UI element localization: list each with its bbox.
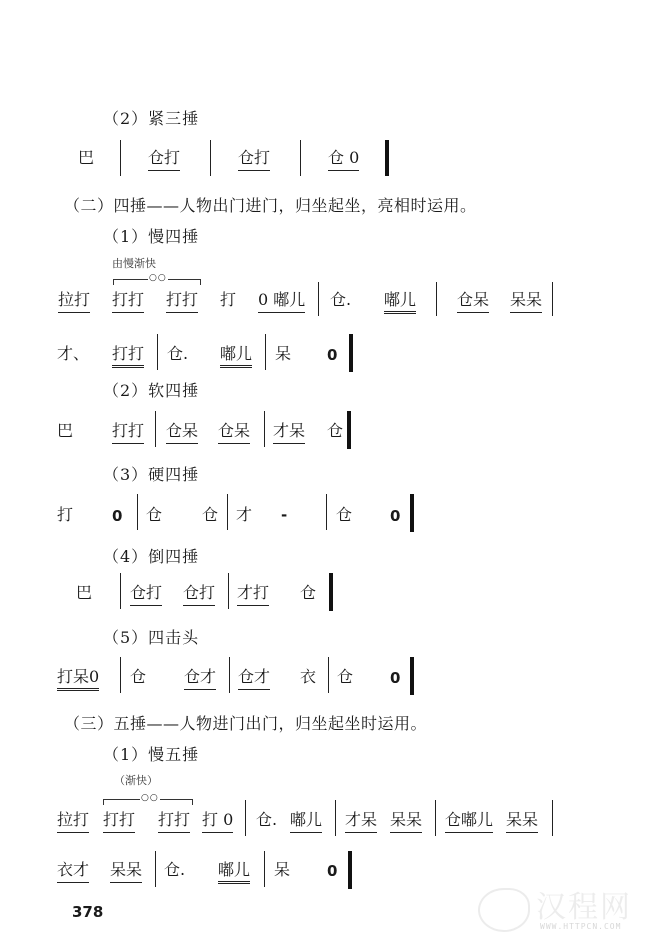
notation-token: 呆 (275, 344, 291, 364)
bar-line (155, 411, 156, 447)
notation-token: 衣 (300, 667, 316, 687)
final-double-bar (349, 334, 353, 372)
bar-line (326, 494, 327, 530)
bar-line (335, 800, 336, 836)
notation-token: 呆呆 (506, 810, 538, 833)
notation-token: 衣才 (57, 860, 89, 883)
notation-token: 打打 (112, 344, 144, 368)
section-title-si-chui: （二）四捶——人物出门进门，归坐起坐，亮相时运用。 (64, 193, 477, 216)
notation-token: 仓. (164, 860, 185, 880)
notation-token: 打 0 (202, 810, 233, 833)
notation-token: 仓 (130, 667, 146, 687)
notation-token: 嘟儿 (290, 810, 322, 833)
notation-token: 仓 0 (328, 148, 359, 171)
bar-line (435, 800, 436, 836)
notation-token: 才、 (57, 344, 89, 364)
notation-token: 拉打 (57, 810, 89, 833)
subsection-title-ruan-si-chui: （2）软四捶 (103, 378, 199, 401)
bar-line (229, 657, 230, 693)
notation-token: 仓 (300, 583, 316, 603)
notation-token: 打打 (166, 290, 198, 313)
notation-token: 0 (327, 861, 337, 881)
notation-token: 呆呆 (110, 860, 142, 883)
notation-token: 0 (390, 506, 400, 526)
notation-token: 嘟儿 (218, 860, 250, 884)
notation-token: 0 嘟儿 (258, 290, 305, 313)
notation-token: 0 (327, 345, 337, 365)
notation-token: 巴 (57, 421, 73, 441)
notation-token: 仓 (202, 505, 218, 525)
notation-token: 打呆0 (57, 667, 99, 691)
notation-token: 仓 (327, 421, 343, 441)
page-number: 378 (72, 903, 103, 921)
notation-token: 拉打 (58, 290, 90, 313)
notation-token: 才呆 (345, 810, 377, 833)
notation-token: 仓才 (238, 667, 270, 690)
bar-line (264, 411, 265, 447)
bar-line (120, 573, 121, 609)
notation-token: 呆 (274, 860, 290, 880)
notation-token: 仓呆 (457, 290, 489, 313)
bar-line (552, 282, 553, 316)
notation-token: 嘟儿 (384, 290, 416, 314)
notation-token: 巴 (78, 148, 94, 168)
bar-line (228, 573, 229, 609)
tempo-marking: （渐快） (114, 772, 158, 788)
notation-token: 打打 (112, 290, 144, 313)
notation-token: 仓. (256, 810, 277, 830)
notation-token: 巴 (76, 583, 92, 603)
notation-token: 仓才 (184, 667, 216, 690)
bar-line (120, 140, 121, 176)
final-double-bar (385, 140, 389, 176)
notation-token: 才 (236, 505, 252, 525)
bracket-dots: ○○ (148, 274, 168, 283)
notation-token: - (281, 505, 287, 525)
subsection-title-si-ji-tou: （5）四击头 (103, 625, 199, 648)
watermark-logo-icon (478, 888, 530, 932)
notation-token: 才呆 (273, 421, 305, 444)
subsection-title-man-wu-chui: （1）慢五捶 (103, 742, 199, 765)
notation-token: 0 (112, 506, 122, 526)
notation-token: 嘟儿 (220, 344, 252, 368)
final-double-bar (410, 494, 414, 532)
tempo-marking: 由慢渐快 (112, 255, 156, 271)
notation-token: 打 (57, 505, 73, 525)
bar-line (328, 657, 329, 693)
notation-token: 仓. (167, 344, 188, 364)
notation-token: 仓 (146, 505, 162, 525)
bar-line (264, 851, 265, 887)
notation-token: 仓呆 (218, 421, 250, 444)
notation-token: 才打 (237, 583, 269, 606)
bar-line (157, 334, 158, 370)
watermark-url: WWW.HTTPCN.COM (540, 922, 621, 931)
bar-line (210, 140, 211, 176)
section-title-wu-chui: （三）五捶——人物进门出门，归坐起坐时运用。 (64, 711, 427, 734)
notation-token: 呆呆 (510, 290, 542, 313)
notation-token: 打打 (103, 810, 135, 833)
watermark: 汉程网 WWW.HTTPCN.COM (478, 882, 658, 942)
notation-token: 仓 (337, 667, 353, 687)
subsection-title-ying-si-chui: （3）硬四捶 (103, 462, 199, 485)
bracket-dots: ○○ (140, 794, 160, 803)
notation-token: 仓嘟儿 (445, 810, 493, 833)
final-double-bar (347, 411, 351, 449)
bar-line (155, 851, 156, 887)
bar-line (265, 334, 266, 370)
notation-token: 打打 (158, 810, 190, 833)
notation-token: 仓打 (148, 148, 180, 171)
final-double-bar (410, 657, 414, 695)
bar-line (300, 140, 301, 176)
bar-line (552, 800, 553, 836)
notation-token: 打打 (112, 421, 144, 444)
notation-token: 仓打 (183, 583, 215, 606)
bar-line (245, 800, 246, 836)
bar-line (436, 282, 437, 316)
subsection-title-jin-san-chui: （2）紧三捶 (103, 106, 199, 129)
bar-line (227, 494, 228, 530)
notation-token: 打 (220, 290, 236, 310)
watermark-brand: 汉程网 (536, 882, 632, 926)
notation-token: 呆呆 (390, 810, 422, 833)
notation-token: 0 (390, 668, 400, 688)
final-double-bar (329, 573, 333, 611)
notation-token: 仓打 (130, 583, 162, 606)
notation-token: 仓打 (238, 148, 270, 171)
notation-token: 仓 (336, 505, 352, 525)
bar-line (120, 657, 121, 693)
bar-line (318, 282, 319, 316)
subsection-title-dao-si-chui: （4）倒四捶 (103, 544, 199, 567)
subsection-title-man-si-chui: （1）慢四捶 (103, 224, 199, 247)
bar-line (137, 494, 138, 530)
notation-token: 仓. (330, 290, 351, 310)
final-double-bar (348, 851, 352, 889)
notation-token: 仓呆 (166, 421, 198, 444)
